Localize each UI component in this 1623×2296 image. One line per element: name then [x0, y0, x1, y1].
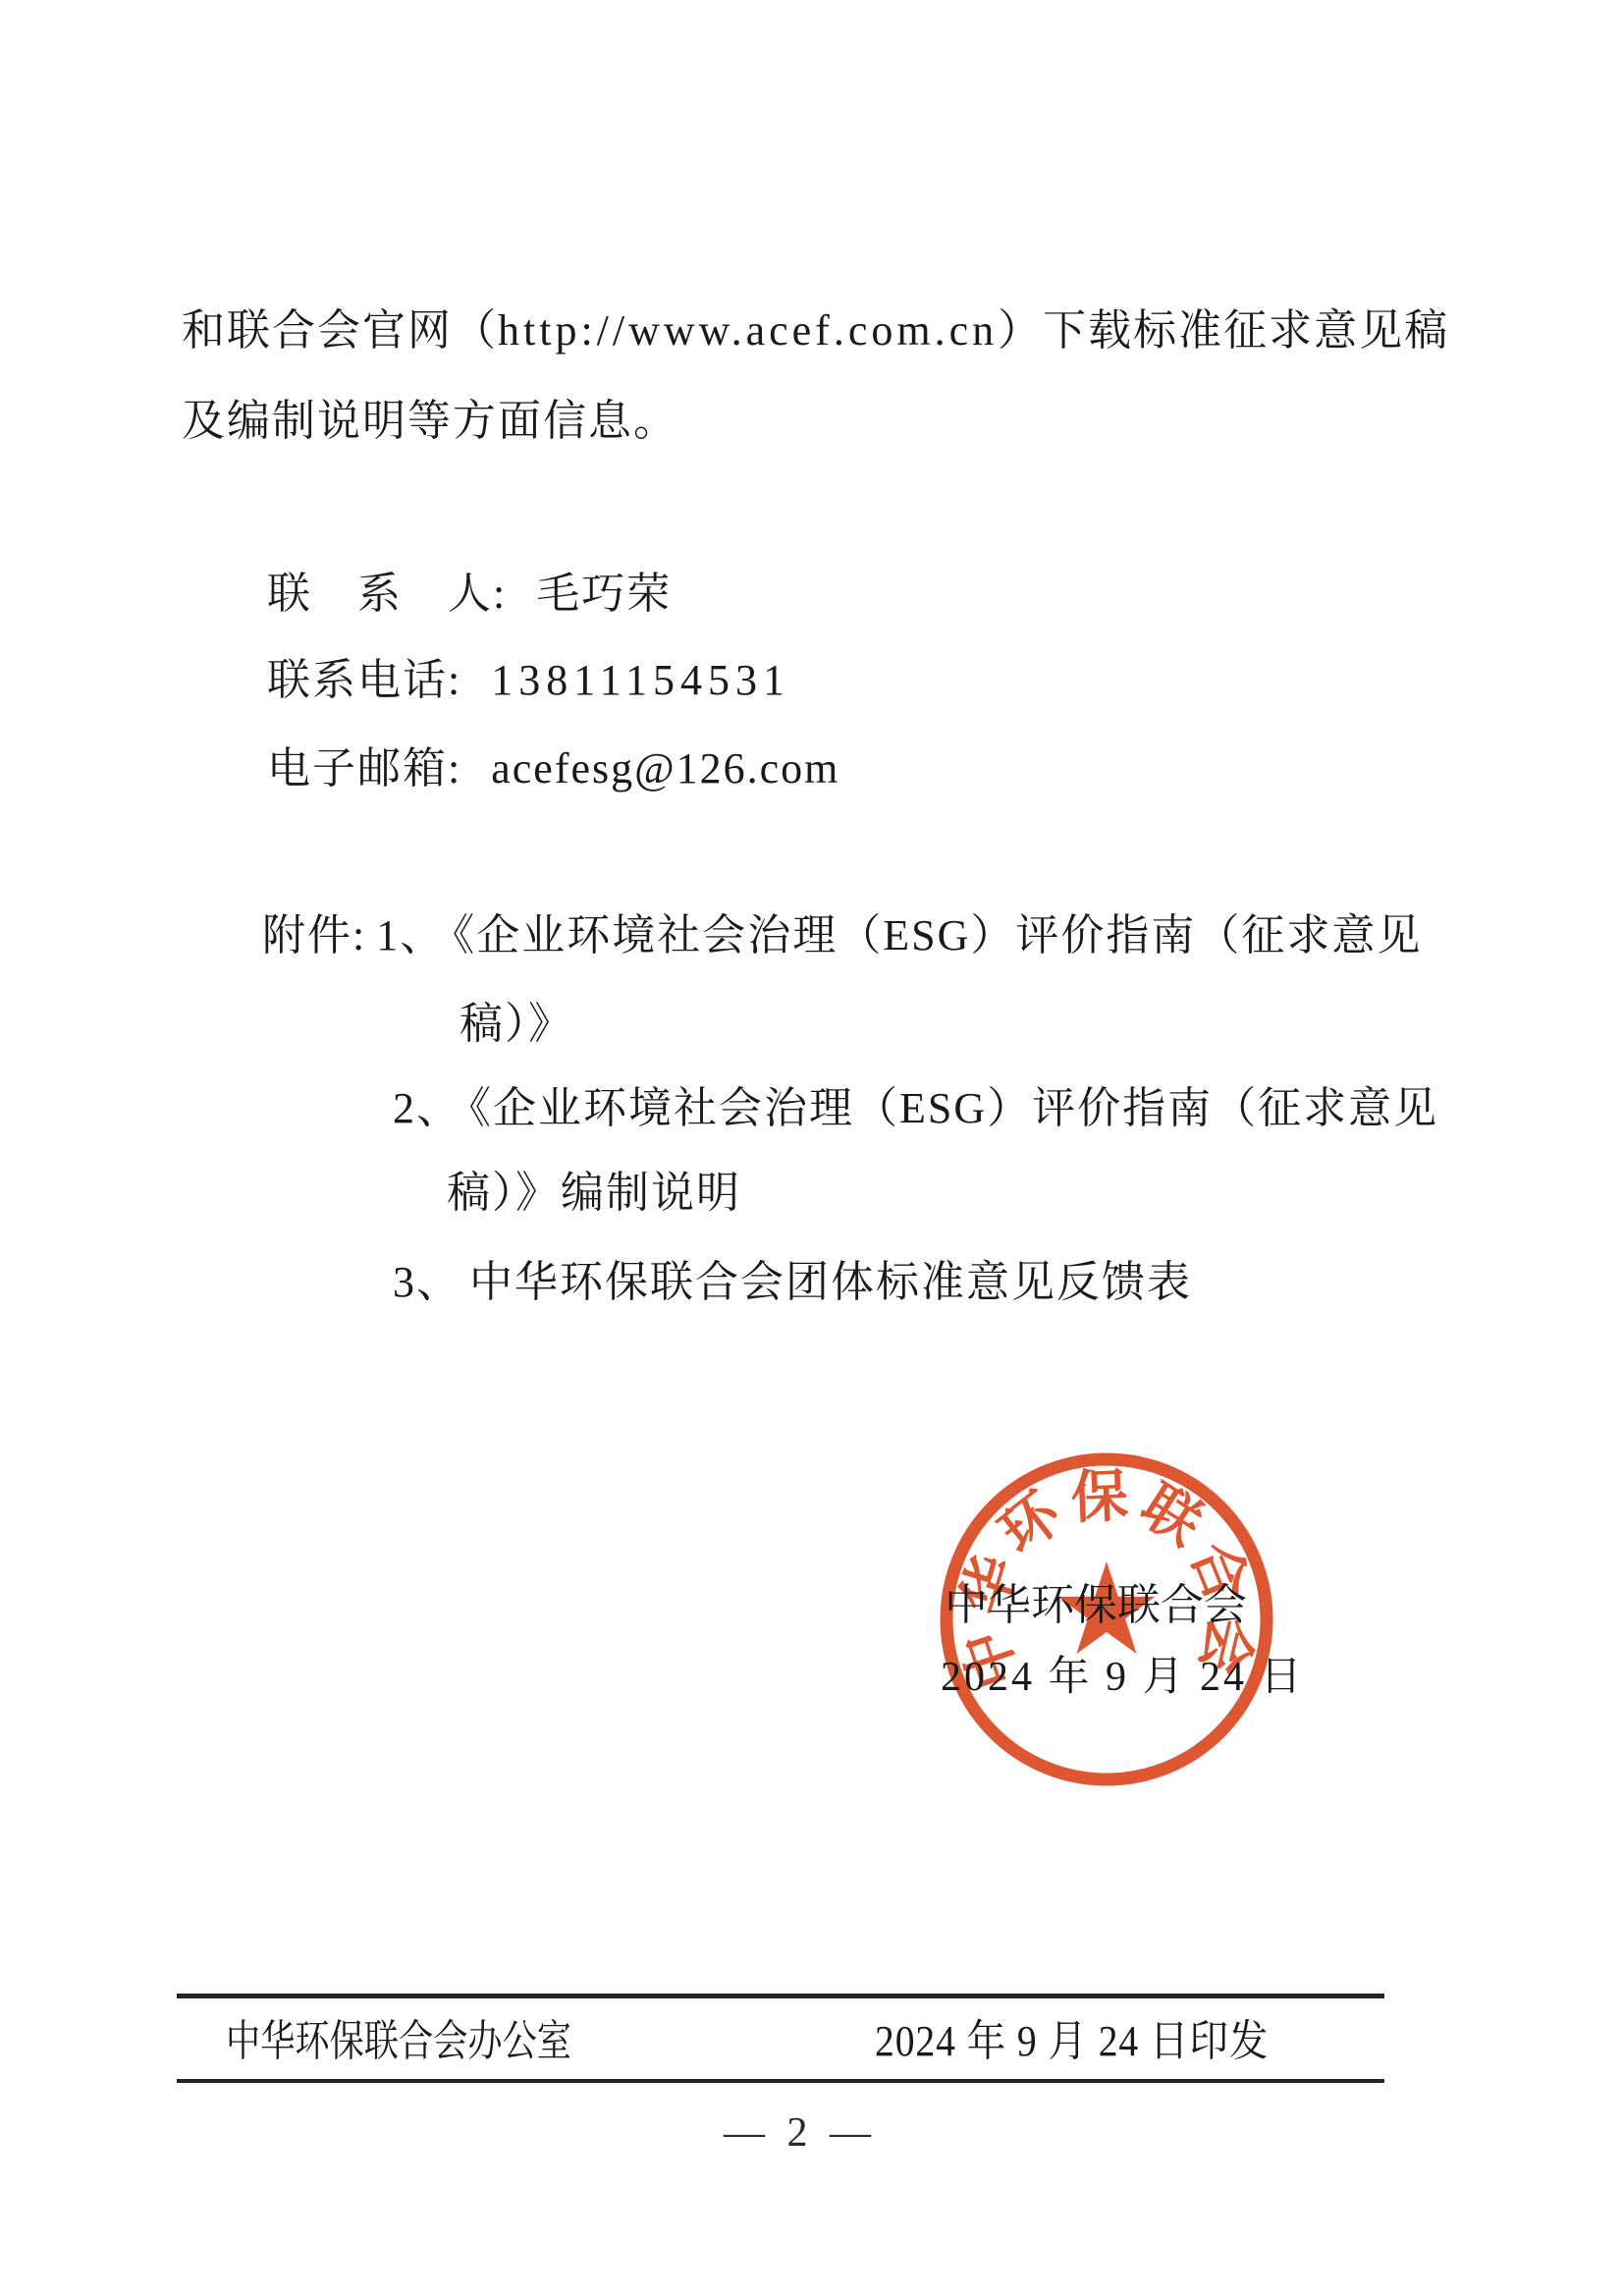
attachment-item-3-line-1: 3、中华环保联合会团体标准意见反馈表: [393, 1258, 1192, 1308]
contact-email-label: 电子邮箱:: [267, 744, 461, 793]
attachment-2-number: 2、: [393, 1084, 461, 1132]
attachment-3-title: 中华环保联合会团体标准意见反馈表: [469, 1258, 1192, 1306]
attachment-2-title: 《企业环境社会治理（ESG）评价指南（征求意见: [469, 1084, 1438, 1132]
paragraph-line1-suffix: ）下载标准征求意见稿: [998, 306, 1449, 355]
paragraph-line-1: 和联合会官网（http://www.acef.com.cn）下载标准征求意见稿: [182, 306, 1449, 356]
paragraph-line-2: 及编制说明等方面信息。: [182, 397, 678, 447]
contact-email-line: 电子邮箱:acefesg@126.com: [267, 744, 839, 794]
contact-person-value: 毛巧荣: [536, 570, 672, 618]
footer-rule-top: [177, 1994, 1384, 1998]
website-url: http://www.acef.com.cn: [498, 306, 998, 355]
contact-person-label: 联 系 人:: [267, 570, 507, 618]
contact-phone-value: 13811154531: [491, 656, 790, 704]
contact-phone-label: 联系电话:: [267, 656, 461, 704]
contact-email-value: acefesg@126.com: [491, 744, 839, 793]
attachment-1-title: 《企业环境社会治理（ESG）评价指南（征求意见: [453, 911, 1422, 959]
footer-print-date: 2024 年 9 月 24 日印发: [875, 2017, 1269, 2067]
attachments-label: 附件:: [262, 911, 366, 959]
attachment-item-2-line-2: 稿）》编制说明: [447, 1169, 741, 1219]
footer-office: 中华环保联合会办公室: [226, 2017, 571, 2067]
page-number: — 2 —: [724, 2109, 877, 2157]
contact-person-line: 联 系 人:毛巧荣: [267, 570, 672, 620]
contact-phone-line: 联系电话:13811154531: [267, 656, 790, 706]
attachment-item-2-line-1: 2、《企业环境社会治理（ESG）评价指南（征求意见: [393, 1084, 1438, 1134]
signature-org: 中华环保联合会: [945, 1581, 1247, 1631]
signature-date: 2024 年 9 月 24 日: [941, 1654, 1305, 1701]
attachment-3-number: 3、: [393, 1258, 461, 1306]
attachment-1-number: 1、: [376, 911, 445, 959]
attachment-item-1-line-1: 附件:1、《企业环境社会治理（ESG）评价指南（征求意见: [262, 911, 1422, 961]
footer-rule-bottom: [177, 2079, 1384, 2083]
document-page: 和联合会官网（http://www.acef.com.cn）下载标准征求意见稿 …: [0, 0, 1623, 2296]
attachment-item-1-line-2: 稿）》: [460, 1000, 573, 1050]
paragraph-line1-prefix: 和联合会官网（: [182, 306, 498, 355]
